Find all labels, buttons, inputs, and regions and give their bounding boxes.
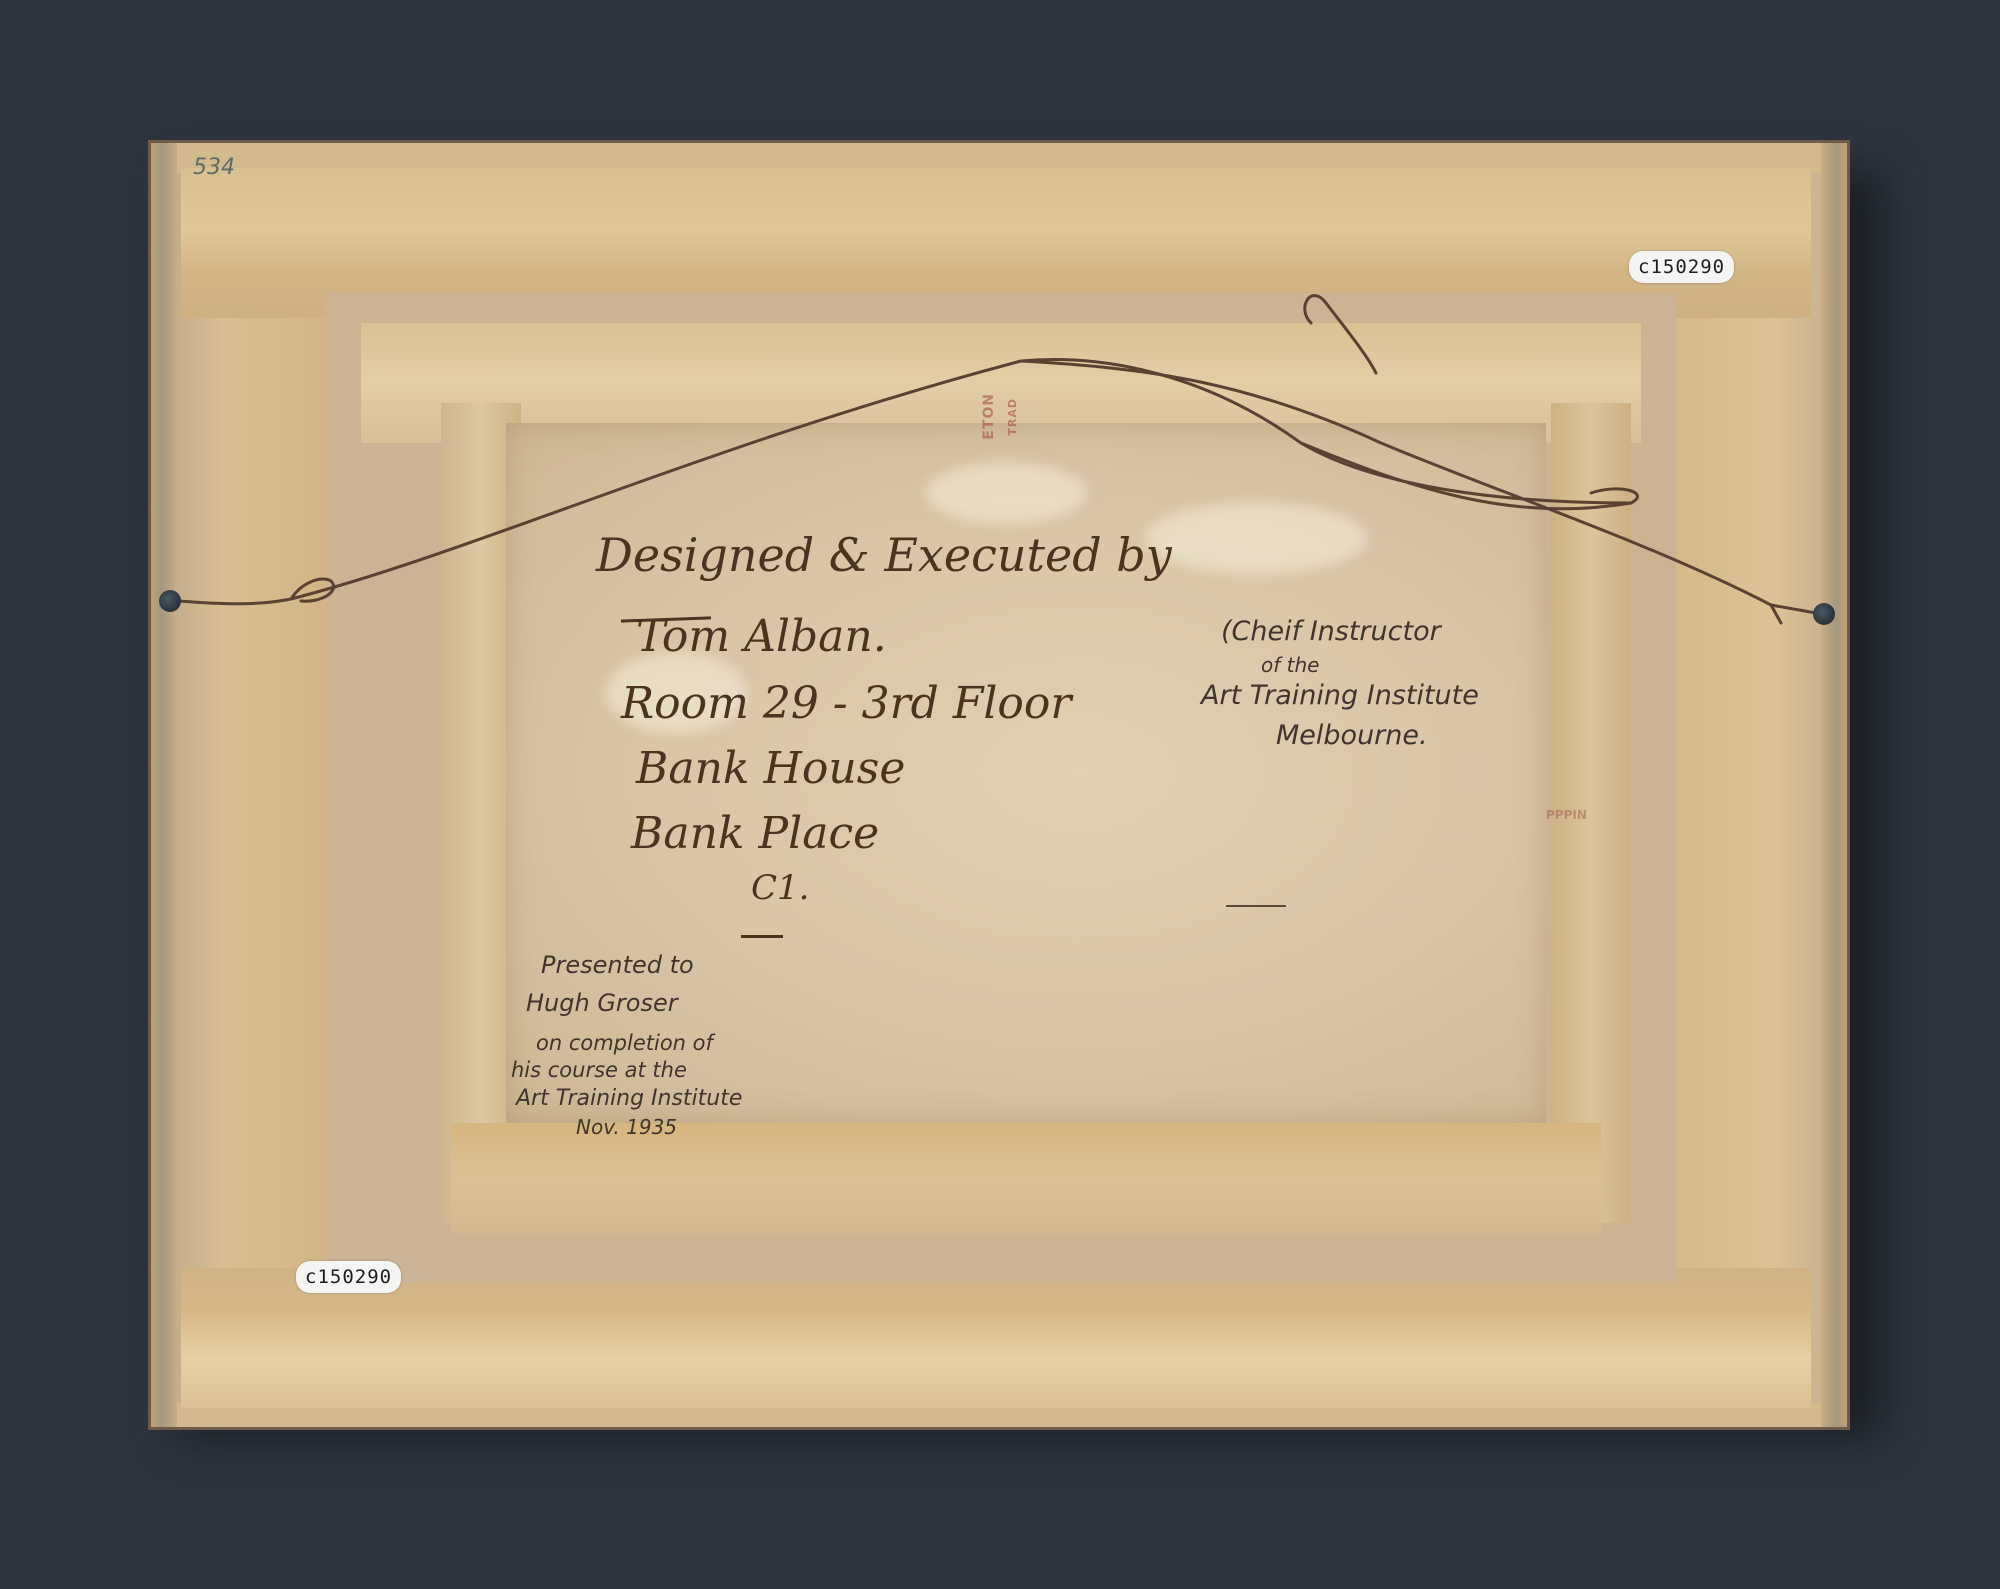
inscription-institution: Art Training Institute [1201, 680, 1479, 711]
tape-outer-left [176, 173, 326, 1403]
tape-outer-bottom [181, 1268, 1811, 1408]
inscription-presented: Presented to [541, 951, 694, 979]
water-stain [926, 463, 1086, 523]
red-stamp: TRAD [1006, 398, 1019, 436]
red-stamp: ETON [981, 393, 997, 440]
red-stamp-side: PPPIN [1546, 808, 1587, 822]
inscription-room: Room 29 - 3rd Floor [621, 678, 1071, 729]
water-stain [1146, 503, 1366, 573]
underline-stroke [741, 935, 783, 938]
inscription-presented-text: on completion of [536, 1031, 713, 1055]
pencil-inventory-mark: 534 [193, 155, 235, 180]
inscription-artist-name: Tom Alban. [636, 611, 887, 662]
inscription-designed-by: Designed & Executed by [596, 528, 1172, 582]
tape-inner-bottom [451, 1123, 1601, 1233]
frame-edge-left [151, 143, 177, 1427]
frame-edge-right [1821, 143, 1847, 1427]
inscription-city: C1. [751, 868, 809, 908]
inscription-presented-text: his course at the [511, 1058, 687, 1082]
catalogue-label-bottom: c150290 [296, 1261, 401, 1293]
inscription-street: Bank Place [631, 808, 879, 859]
inscription-building: Bank House [636, 743, 905, 794]
inscription-date: Nov. 1935 [576, 1115, 677, 1139]
inscription-title: of the [1261, 653, 1319, 677]
nail-icon [1813, 603, 1835, 625]
inscription-recipient: Hugh Groser [526, 989, 678, 1017]
underline-stroke [1226, 905, 1286, 907]
nail-icon [159, 590, 181, 612]
frame-backing: 534 ETON TRAD PPPIN Designed & Executed … [148, 140, 1850, 1430]
inscription-presented-text: Art Training Institute [516, 1086, 742, 1111]
tape-outer-right [1671, 173, 1821, 1403]
inscription-location: Melbourne. [1276, 720, 1428, 751]
inscription-title: (Cheif Instructor [1221, 616, 1441, 647]
catalogue-label-top: c150290 [1629, 251, 1734, 283]
